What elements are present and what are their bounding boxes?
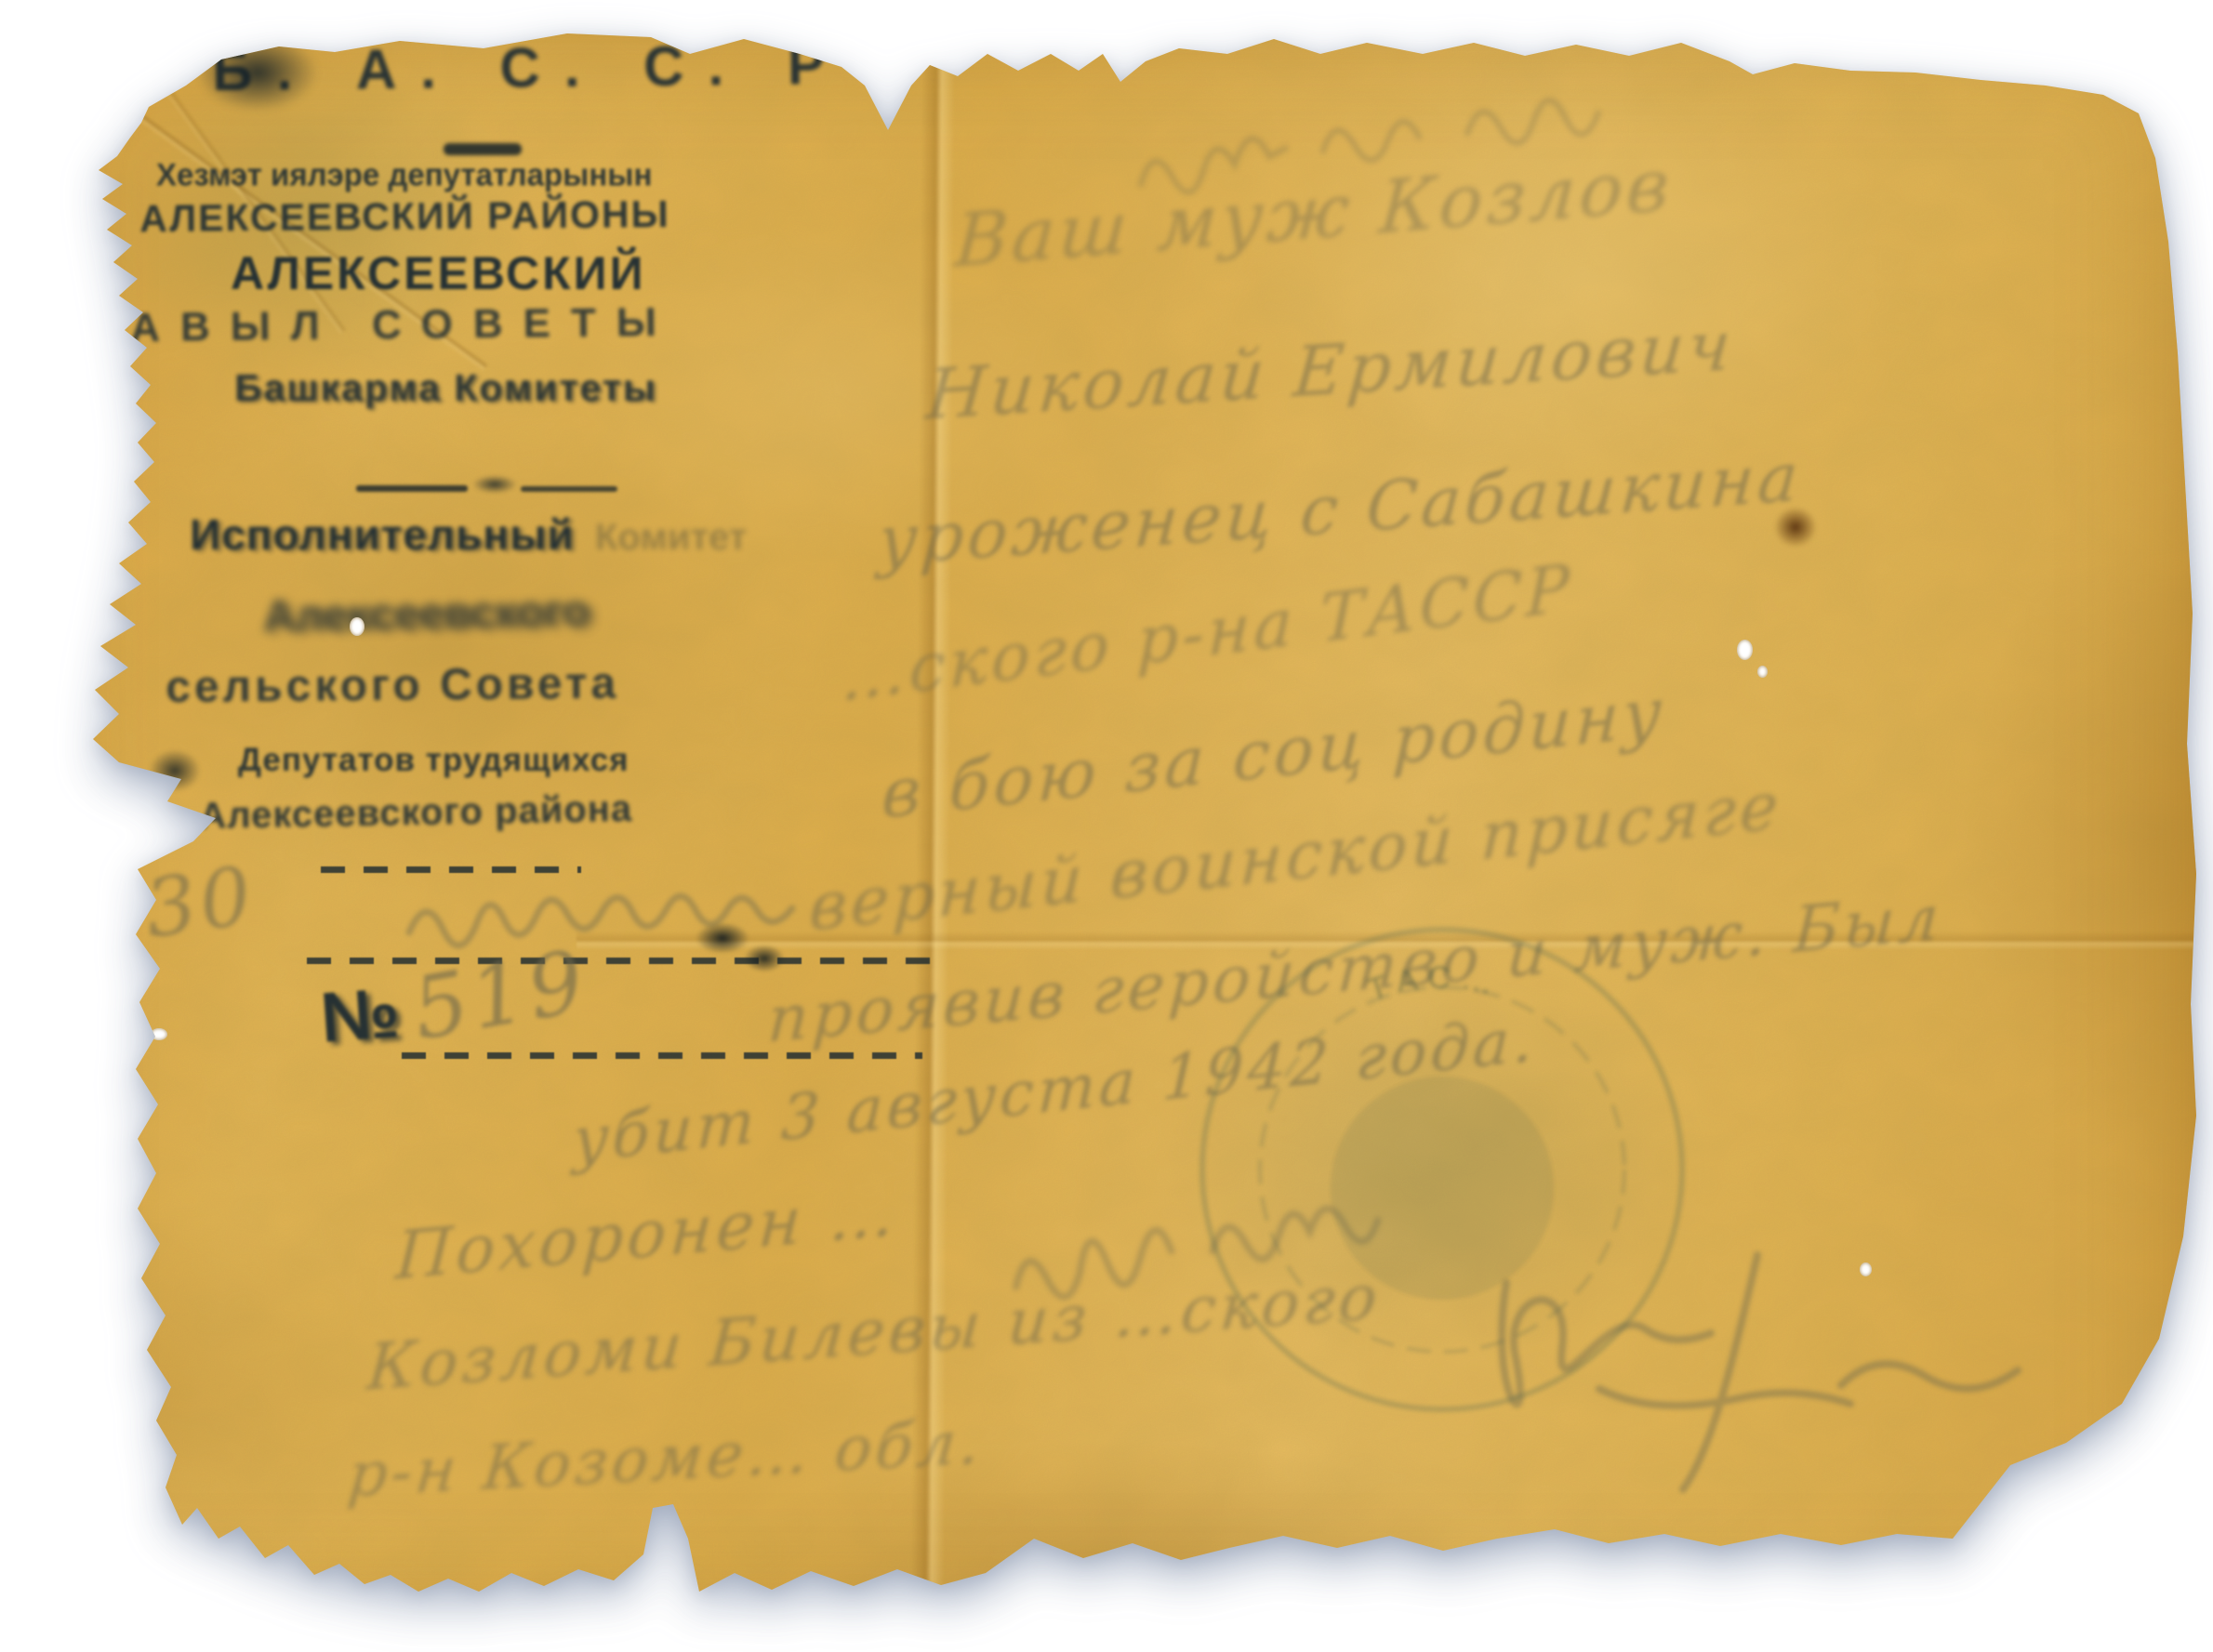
ink-blot [696, 922, 749, 954]
divider-ornament [472, 475, 517, 494]
paper-hole [1737, 640, 1753, 660]
ink-blot [744, 945, 785, 972]
stamp-line-bashkarma: Башкарма Комитеты [234, 366, 657, 410]
stamp-line-bashkir-deputies: Хезмэт иялэре депутатларынын [156, 156, 652, 193]
ink-blot [1774, 507, 1817, 548]
stamp-line-selskogo-soveta: сельского Совета [166, 658, 619, 713]
aged-paper-sheet: Б. А. С. С. Р Хезмэт иялэре депутатларын… [0, 0, 2213, 1652]
stamp-line-ispolnitelny: Исполнительный [190, 509, 575, 560]
divider-rule-left [356, 485, 468, 492]
stamped-dashed-line [307, 958, 939, 964]
paper-wrapper: Б. А. С. С. Р Хезмэт иялэре депутатларын… [0, 0, 2213, 1652]
paper-hole [1757, 666, 1768, 678]
stamp-line-alekseevsky: АЛЕКСЕЕВСКИЙ [231, 246, 646, 300]
stamp-line-rajona: Алексеевского района [199, 788, 633, 838]
round-seal: ТАС… [1179, 881, 1700, 1458]
scanned-document: Б. А. С. С. Р Хезмэт иялэре депутатларын… [0, 0, 2213, 1652]
stamped-dashed-line [321, 866, 581, 873]
stamped-number-sign: № [318, 972, 403, 1059]
edge-ink-mark [149, 749, 201, 792]
paper-hole [350, 617, 364, 636]
stamped-dashed-line [402, 1052, 922, 1059]
paper-hole [1860, 1262, 1872, 1276]
stamp-line-avyl-sovety: АВЫЛ СОВЕТЫ [130, 299, 677, 351]
ink-dash [444, 143, 522, 155]
stamp-line-alekseevskogo-smudged: Алексеевского [262, 586, 590, 642]
stamp-line-deputatov: Депутатов трудящихся [238, 742, 629, 779]
stamp-line-rayon: АЛЕКСЕЕВСКИЙ РАЙОНЫ [139, 192, 670, 241]
ink-smudge [197, 33, 318, 112]
divider-rule-right [521, 486, 617, 492]
seal-rim-text: ТАС… [1363, 960, 1505, 1009]
pencil-day: 30 [139, 850, 260, 957]
stamp-line-komitet-faint: Комитет [595, 517, 747, 559]
paper-hole [151, 1028, 167, 1040]
